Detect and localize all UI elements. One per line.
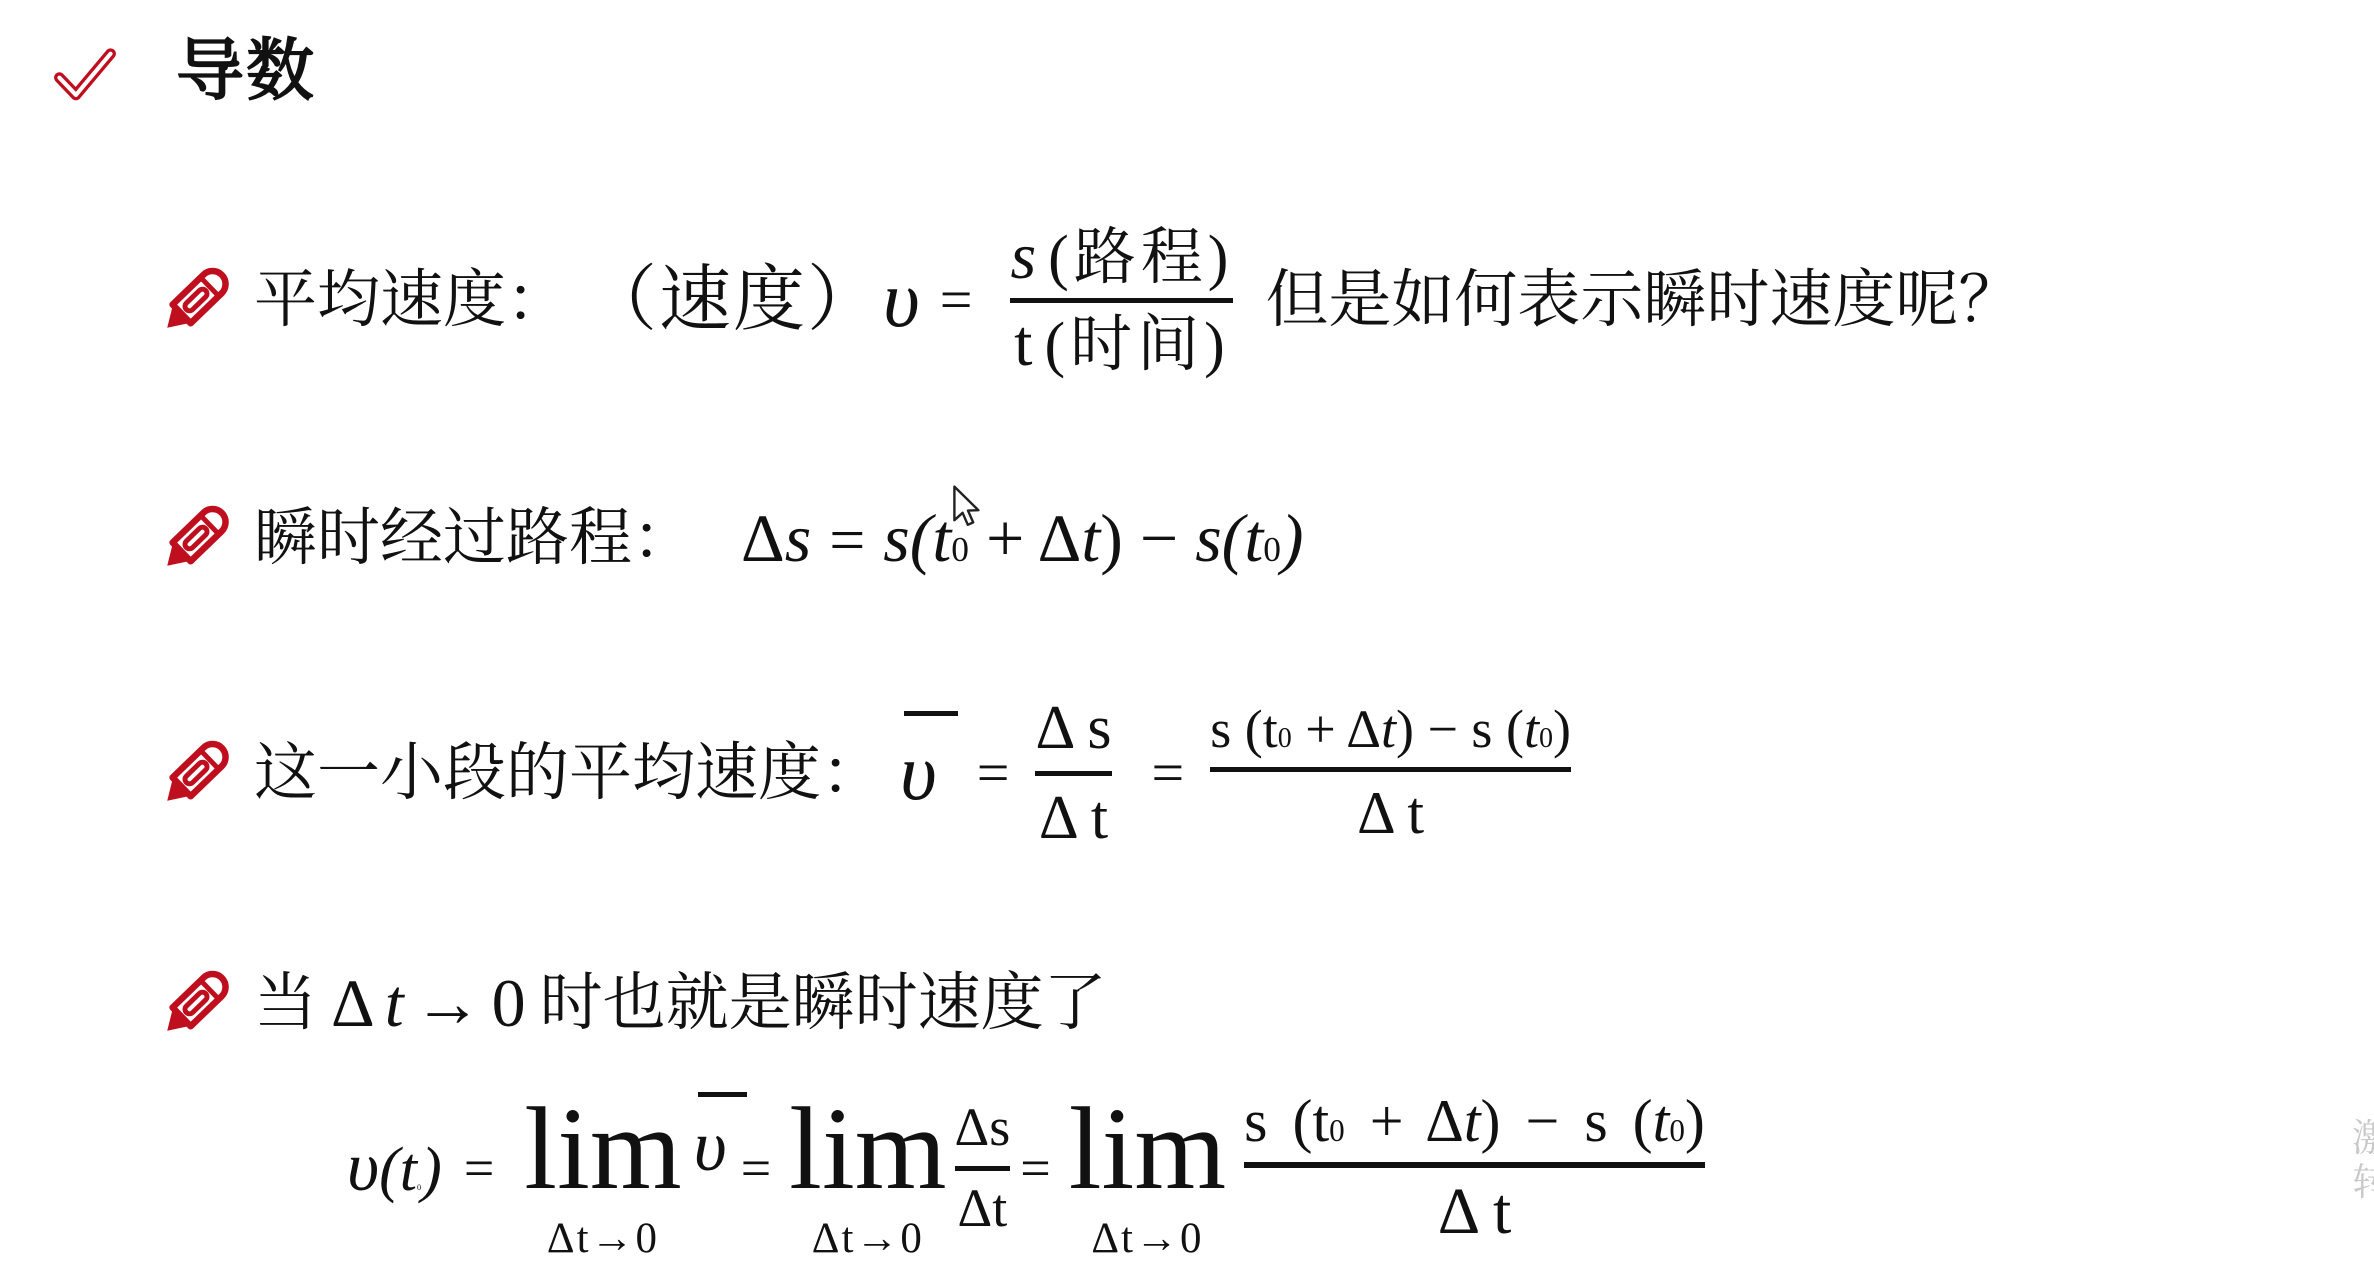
lim-subscript: Δt→0 — [547, 1214, 659, 1263]
limit-operator: lim Δt→0 — [524, 1101, 681, 1263]
equals-sign: = — [464, 1141, 494, 1195]
bullet-average-speed: 平均速度： （速度） υ = s (路程) t (时间) 但是如何表示瞬时速度呢… — [146, 172, 2021, 428]
page-title: 导数 — [176, 34, 316, 109]
pencil-icon — [146, 488, 246, 588]
bullet-label: 平均速度： — [254, 261, 569, 340]
watermark: 激 转 — [2352, 1118, 2374, 1205]
question-text: 但是如何表示瞬时速度呢？ — [1265, 261, 2021, 340]
v-bar-symbol: υ — [900, 733, 937, 813]
fraction-numerator: Δs — [955, 1098, 1011, 1157]
math-token: 0 — [492, 969, 526, 1037]
limit-operator: lim Δt→0 — [789, 1101, 946, 1263]
lim-word: lim — [1069, 1101, 1226, 1198]
fraction-bar — [1010, 298, 1233, 303]
math-token: ) − — [1100, 504, 1195, 572]
slide: 导数 平均速度： （速度） υ = s (路程) t (时间) 但 — [0, 0, 2374, 1278]
equals-sign: = — [741, 1141, 771, 1195]
math-token: Δ — [331, 969, 375, 1037]
fraction-denominator: Δ t — [1039, 784, 1108, 852]
math-token: ) — [421, 1139, 442, 1201]
math-token: t — [1653, 1088, 1670, 1154]
fraction-distance-over-time: s (路程) t (时间) — [1010, 224, 1233, 377]
math-token: ) — [1685, 1088, 1705, 1154]
bullet-text: 时也就是瞬时速度了 — [540, 964, 1107, 1043]
math-token: t — [1081, 504, 1100, 572]
math-token: (t — [379, 1139, 417, 1201]
lim-word: lim — [789, 1101, 946, 1198]
math-token: t — [1464, 1088, 1481, 1154]
v-bar-symbol: υ — [694, 1110, 727, 1182]
math-token: (路程) — [1048, 227, 1233, 289]
fraction-bar — [1035, 771, 1111, 776]
fraction-numerator: s (t0 + Δt) − s (t0) — [1210, 700, 1571, 759]
math-token: t — [1381, 700, 1396, 759]
equals-sign: = — [829, 508, 865, 572]
title-row: 导数 — [52, 34, 316, 109]
equals-sign: = — [1020, 1141, 1050, 1195]
equals-sign: = — [1152, 744, 1185, 802]
fraction-bar — [955, 1166, 1011, 1171]
math-token: Δ — [741, 504, 785, 572]
pencil-icon — [146, 953, 246, 1053]
fraction-denominator: Δt — [958, 1179, 1008, 1238]
fraction-bar — [1210, 767, 1571, 772]
math-token: υ — [347, 1133, 379, 1203]
math-token: s(t — [1195, 504, 1263, 572]
math-token: t — [1014, 311, 1032, 377]
fraction-difference-quotient: s (t0 + Δt) − s (t0) Δ t — [1244, 1088, 1705, 1249]
bullet-label: 瞬时经过路程： — [254, 499, 695, 578]
mouse-cursor-icon — [952, 484, 980, 530]
fraction-numerator: s (t0 + Δt) − s (t0) — [1244, 1088, 1705, 1154]
math-token: (时间) — [1044, 314, 1229, 376]
equals-sign: = — [940, 271, 973, 329]
lim-subscript: Δt→0 — [1091, 1214, 1203, 1263]
arrow-symbol: → — [414, 969, 482, 1037]
bullet-instant-distance: 瞬时经过路程： Δs=s(t0 + Δt) − s(t0) — [146, 468, 1304, 608]
math-token: ) — [1553, 700, 1571, 759]
pencil-icon — [146, 250, 246, 350]
pencil-icon — [146, 723, 246, 823]
fraction-ds-dt: Δ s Δ t — [1035, 694, 1111, 851]
fraction-denominator: Δ t — [1357, 780, 1424, 846]
fraction-numerator: Δ s — [1035, 694, 1111, 762]
lim-word: lim — [524, 1101, 681, 1198]
math-token: t — [1524, 700, 1539, 759]
lim-subscript: Δt→0 — [812, 1214, 924, 1263]
math-token: t — [385, 969, 404, 1037]
fraction-ds-dt: Δs Δt — [955, 1098, 1011, 1238]
math-token: + Δ — [1292, 700, 1381, 759]
final-limit-equation: υ(t0) = lim Δt→0 υ = lim Δt→0 Δs Δt = li… — [347, 1068, 1705, 1268]
formula-dt-to-zero: Δt→0 — [331, 969, 526, 1037]
math-token: s (t — [1210, 700, 1278, 759]
math-token: s(t — [883, 504, 951, 572]
bullet-label: 当 — [254, 964, 317, 1043]
math-token: + Δ — [969, 504, 1081, 572]
bullet-segment-average-speed: 这一小段的平均速度： υ = Δ s Δ t = s (t0 + Δt) − s… — [146, 660, 1571, 886]
formula-delta-s: Δs=s(t0 + Δt) − s(t0) — [741, 504, 1304, 572]
bullet-limit-statement: 当 Δt→0 时也就是瞬时速度了 — [146, 938, 1107, 1068]
fraction-difference-quotient: s (t0 + Δt) − s (t0) Δ t — [1210, 700, 1571, 846]
equals-sign: = — [977, 744, 1010, 802]
math-token: ) − s ( — [1481, 1088, 1653, 1154]
math-token: + Δ — [1345, 1088, 1464, 1154]
watermark-line: 转 — [2352, 1162, 2374, 1206]
math-token: ) — [1281, 504, 1304, 572]
fraction-numerator: s (路程) — [1010, 224, 1233, 290]
check-icon — [52, 46, 118, 106]
watermark-line: 激 — [2352, 1118, 2374, 1162]
math-token: s — [785, 504, 811, 572]
math-token: s — [1010, 224, 1036, 290]
fraction-bar — [1244, 1162, 1705, 1168]
speed-paren-group: （速度） — [585, 264, 881, 336]
upsilon-symbol: υ — [883, 260, 920, 340]
limit-operator: lim Δt→0 — [1069, 1101, 1226, 1263]
fraction-denominator: Δ t — [1438, 1176, 1512, 1249]
v-of-t0: υ(t0) — [347, 1133, 442, 1203]
math-token: ) − s ( — [1396, 700, 1524, 759]
math-token: s (t — [1244, 1088, 1329, 1154]
fraction-denominator: t (时间) — [1014, 311, 1230, 377]
bullet-label: 这一小段的平均速度： — [254, 734, 884, 813]
